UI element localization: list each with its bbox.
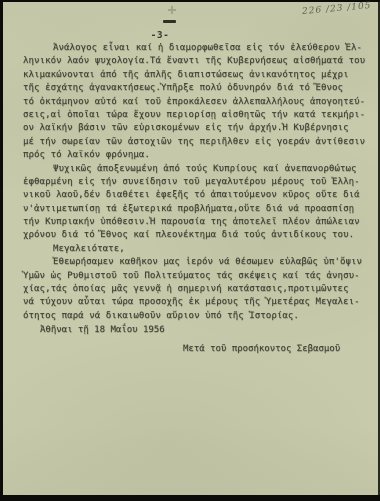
scan-border-top <box>0 0 380 2</box>
page-number: -3- <box>120 30 200 41</box>
text-line: κλιμακώνονται ἀπό τῆς ἁπλῆς διαπιστώσεως… <box>23 69 368 82</box>
text-line: νικοῦ λαοῦ,δέν διαθέτει ἐφεξῆς τό ἀπαιτο… <box>23 189 368 202</box>
text-line: χίας,τάς ὁποίας μᾶς γεννᾷ ἡ σημερινή κατ… <box>23 283 368 296</box>
text-line: ληνικόν λαόν ψυχολογία.Τά ἔναντι τῆς Κυβ… <box>23 55 368 68</box>
text-line: τῆς ἐσχάτης ἀγανακτήσεως.Ὑπῆρξε πολύ ὀδυ… <box>23 82 368 95</box>
text-line: Ὑμῶν ὡς Ρυθμιστοῦ τοῦ Πολιτεύματος τάς σ… <box>23 270 368 283</box>
date-place-line: Ἀθῆναι τῇ 18 Μαΐου 1956 <box>40 325 165 335</box>
text-line: τό ὀκτάμηνον αὐτό καί τοῦ ἐπροκάλεσεν ἀλ… <box>23 96 368 109</box>
scanned-document-page: 226 /23 /105 -3- Ἀνάλογος εἶναι καί ἡ δι… <box>0 0 380 501</box>
text-line: πρός τό λαϊκόν φρόνημα. <box>23 149 368 162</box>
text-line: Ἐθεωρήσαμεν καθῆκον μας ἱερόν νά θέσωμεν… <box>23 256 368 269</box>
text-line: Ἀνάλογος εἶναι καί ἡ διαμορφωθεῖσα εἰς τ… <box>23 42 368 55</box>
text-line: ἐφθαρμένη εἰς τήν συνείδησιν τοῦ μεγαλυτ… <box>23 176 368 189</box>
scan-border-left <box>0 0 3 501</box>
scan-border-bottom <box>0 495 380 501</box>
text-line: ότητος παρά νά δικαιωθοῦν αὔριον ὑπό τῆς… <box>23 310 368 323</box>
text-line: σεις,αἱ ὁποῖαι τώρα ἔχουν περιορίσῃ αἰσθ… <box>23 109 368 122</box>
salutation-line: Μεγαλειότατε, <box>23 243 368 256</box>
top-dash-mark <box>163 20 176 23</box>
text-line: μέ τήν σωρείαν τῶν ἀστοχιῶν της περιῆλθε… <box>23 136 368 149</box>
text-line: χρόνου διά τό Ἔθνος καί πλεονέκτημα διά … <box>23 229 368 242</box>
handwritten-archive-number: 226 /23 /105 <box>302 1 372 17</box>
text-line: ν'ἀντιμετωπίσῃ τά ἐξωτερικά προβλήματα,ο… <box>23 203 368 216</box>
closing-salutation: Μετά τοῦ προσήκοντος Σεβασμοῦ <box>183 344 340 354</box>
letter-body: Ἀνάλογος εἶναι καί ἡ διαμορφωθεῖσα εἰς τ… <box>23 42 368 323</box>
faint-cross-mark <box>168 6 176 14</box>
text-line: τήν Κυπριακήν ὑπόθεσιν.Ἡ παρουσία της ἀπ… <box>23 216 368 229</box>
text-line: Ψυχικῶς ἀποξενωμένη ἀπό τούς Κυπρίους κα… <box>23 163 368 176</box>
text-line: νά τύχουν αὗται τώρα προσοχῆς ἐκ μέρους … <box>23 296 368 309</box>
text-line: ον λαϊκήν βάσιν τῶν εὑρισκομένων εἰς τήν… <box>23 122 368 135</box>
